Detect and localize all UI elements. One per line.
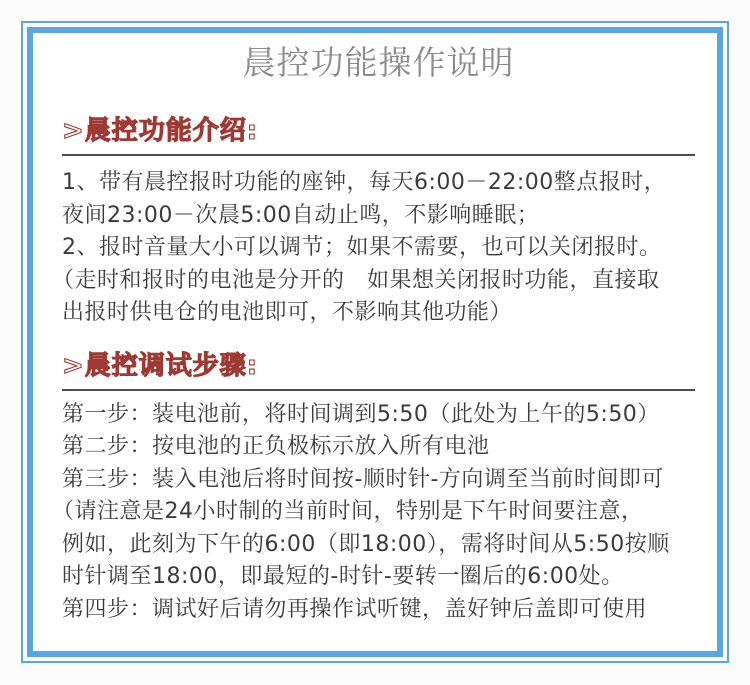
text-line: 夜间23:00－次晨5:00自动止鸣，不影响睡眠； [62, 200, 695, 233]
text-line: 出报时供电仓的电池即可，不影响其他功能） [62, 297, 695, 330]
text-line: 第一步：装电池前，将时间调到5:50（此处为上午的5:50） [62, 399, 695, 432]
document-frame-inner: 晨控功能操作说明 >晨控功能介绍: 1、带有晨控报时功能的座钟，每天6:00－2… [27, 27, 723, 657]
text-line: 2、报时音量大小可以调节；如果不需要，也可以关闭报时。 [62, 232, 695, 265]
text-line: 第四步：调试好后请勿再操作试听键，盖好钟后盖即可使用 [62, 594, 695, 627]
text-line: （走时和报时的电池是分开的 如果想关闭报时功能，直接取 [52, 265, 695, 298]
section-steps-divider [62, 389, 695, 391]
text-line: 时针调至18:00，即最短的-时针-要转一圈后的6:00处。 [62, 561, 695, 594]
document-frame: 晨控功能操作说明 >晨控功能介绍: 1、带有晨控报时功能的座钟，每天6:00－2… [21, 21, 729, 663]
page-title: 晨控功能操作说明 [62, 41, 695, 85]
section-intro: >晨控功能介绍: 1、带有晨控报时功能的座钟，每天6:00－22:00整点报时，… [62, 115, 695, 330]
text-line: 1、带有晨控报时功能的座钟，每天6:00－22:00整点报时， [62, 167, 695, 200]
text-line: 第三步：装入电池后将时间按-顺时针-方向调至当前时间即可 [62, 464, 695, 497]
text-line: （请注意是24小时制的当前时间，特别是下午时间要注意， [52, 496, 695, 529]
section-steps-body: 第一步：装电池前，将时间调到5:50（此处为上午的5:50） 第二步：按电池的正… [62, 399, 695, 627]
section-intro-heading: >晨控功能介绍: [62, 115, 695, 147]
section-steps: >晨控调试步骤: 第一步：装电池前，将时间调到5:50（此处为上午的5:50） … [62, 350, 695, 627]
text-line: 例如，此刻为下午的6:00（即18:00），需将时间从5:50按顺 [62, 529, 695, 562]
section-intro-divider [62, 154, 695, 156]
section-steps-heading: >晨控调试步骤: [62, 350, 695, 382]
section-intro-body: 1、带有晨控报时功能的座钟，每天6:00－22:00整点报时， 夜间23:00－… [62, 167, 695, 330]
text-line: 第二步：按电池的正负极标示放入所有电池 [62, 431, 695, 464]
